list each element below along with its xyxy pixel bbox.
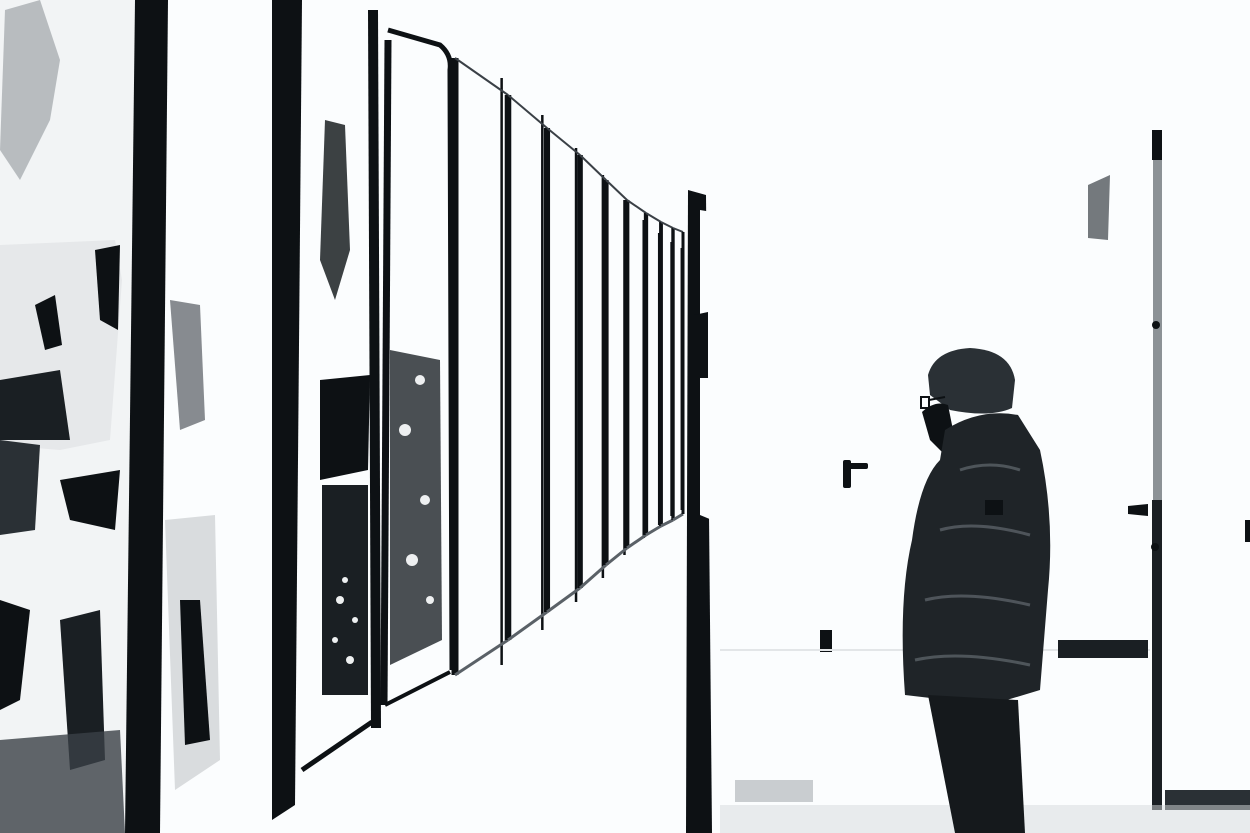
foreground-artwork bbox=[0, 0, 135, 833]
doorway-post bbox=[686, 190, 712, 833]
gallery-photograph bbox=[0, 0, 1250, 833]
